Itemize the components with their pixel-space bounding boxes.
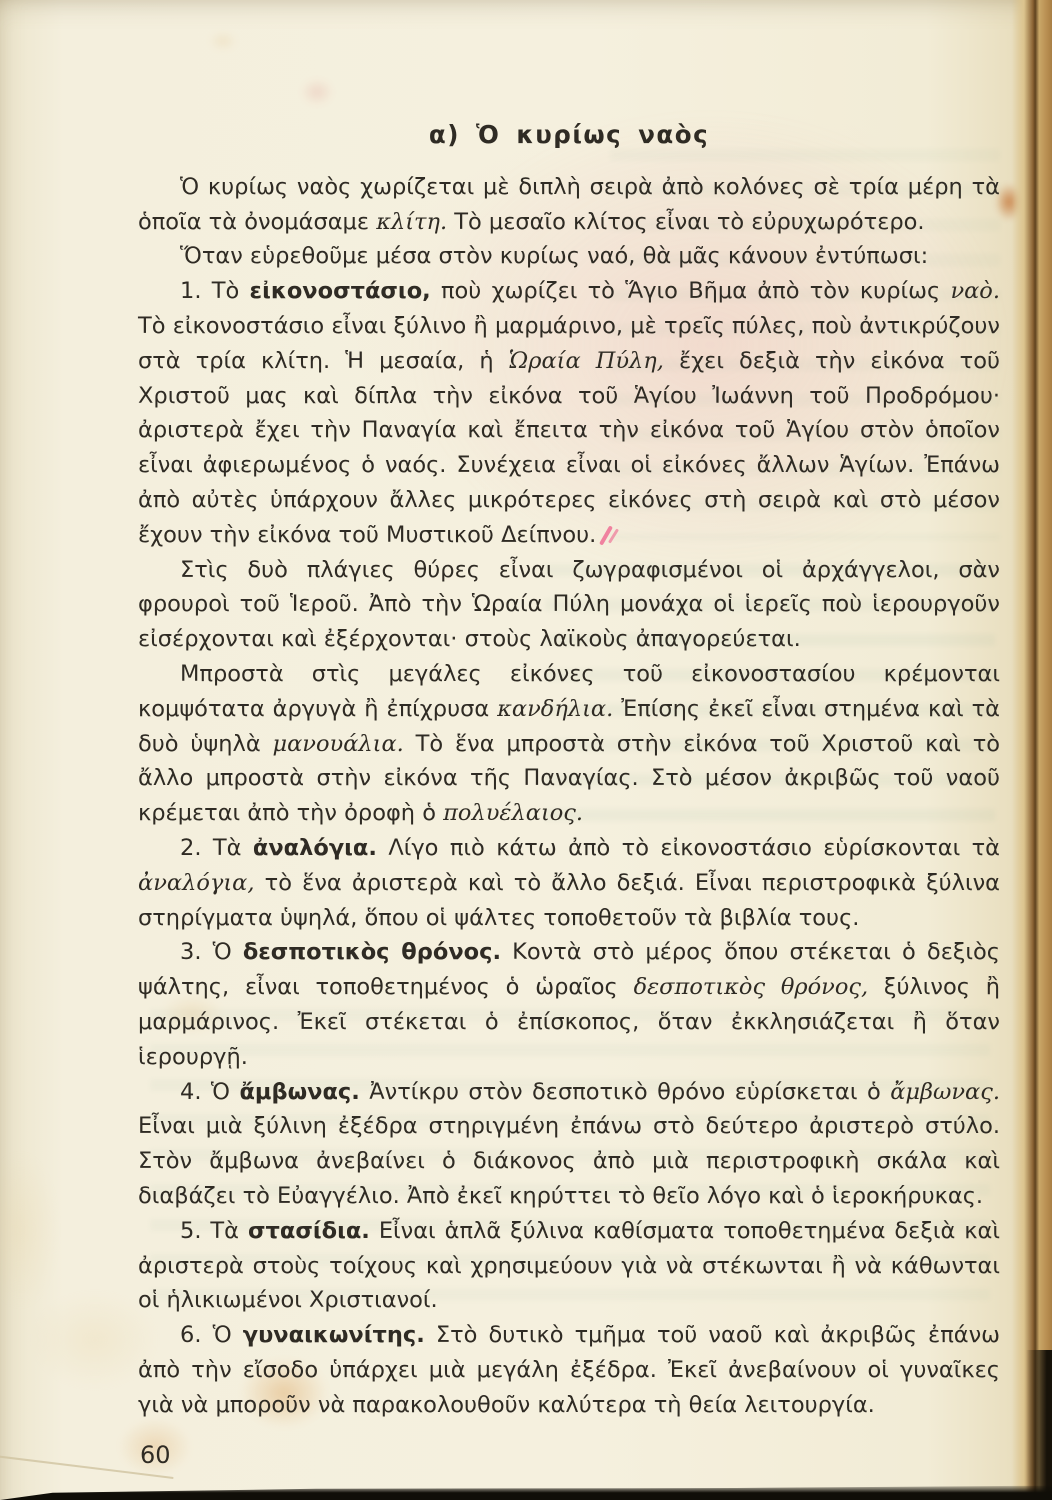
text-run: Ὡραία Πύλη,	[509, 348, 664, 374]
text-run: Τὸ μεσαῖο κλίτος εἶναι τὸ εὐρυχωρότερο.	[447, 209, 924, 235]
paragraph: Ὅταν εὑρεθοῦμε μέσα στὸν κυρίως ναό, θὰ …	[138, 239, 1000, 274]
text-run: μανουάλια.	[272, 731, 403, 757]
paragraph: Στὶς δυὸ πλάγιες θύρες εἶναι ζωγραφισμέν…	[138, 553, 1000, 657]
paragraph: 4. Ὁ ἄμβωνας. Ἀντίκρυ στὸν δεσποτικὸ θρό…	[138, 1075, 1000, 1214]
text-run: ναὸ.	[950, 278, 1000, 304]
text-run: ἔχει δεξιὰ τὴν εἰκόνα τοῦ Χριστοῦ μας κα…	[138, 348, 1000, 548]
text-run: 1. Τὸ	[180, 278, 250, 304]
text-run: ἀναλόγια,	[138, 870, 255, 896]
paragraphs-container: Ὁ κυρίως ναὸς χωρίζεται μὲ διπλὴ σειρὰ ἀ…	[138, 170, 1000, 1423]
page-edge-bottom	[0, 1484, 1052, 1500]
text-run: 2. Τὰ	[180, 835, 253, 861]
page-edge-right	[1012, 0, 1052, 1500]
paragraph: 5. Τὰ στασίδια. Εἶναι ἁπλᾶ ξύλινα καθίσμ…	[138, 1214, 1000, 1318]
text-run: 4. Ὁ	[180, 1079, 239, 1105]
text-run: εἰκονοστάσιο,	[250, 278, 431, 304]
section-heading: α) Ὁ κυρίως ναὸς	[138, 118, 1000, 153]
text-run: ποὺ χωρίζει τὸ Ἅγιο Βῆμα ἀπὸ τὸν κυρίως	[431, 278, 951, 304]
text-block: α) Ὁ κυρίως ναὸς Ὁ κυρίως ναὸς χωρίζεται…	[138, 118, 1000, 1473]
text-run: Στὶς δυὸ πλάγιες θύρες εἶναι ζωγραφισμέν…	[138, 557, 1000, 653]
text-run: ἀναλόγια.	[253, 835, 377, 861]
text-run: Ἀντίκρυ στὸν δεσποτικὸ θρόνο εὑρίσκεται …	[360, 1079, 890, 1105]
paragraph: 3. Ὁ δεσποτικὸς θρόνος. Κοντὰ στὸ μέρος …	[138, 935, 1000, 1074]
text-run: Εἶναι μιὰ ξύλινη ἐξέδρα στηριγμένη ἐπάνω…	[138, 1113, 1000, 1209]
text-run: 6. Ὁ	[180, 1322, 243, 1348]
page-number: 60	[138, 1438, 1000, 1473]
paper-stain	[0, 1150, 60, 1310]
paper-stain	[208, 30, 238, 52]
text-run: 3. Ὁ	[180, 939, 243, 965]
text-run: 5. Τὰ	[180, 1218, 248, 1244]
paragraph: Ὁ κυρίως ναὸς χωρίζεται μὲ διπλὴ σειρὰ ἀ…	[138, 170, 1000, 240]
text-run: κανδήλια.	[497, 696, 613, 722]
book-page: α) Ὁ κυρίως ναὸς Ὁ κυρίως ναὸς χωρίζεται…	[0, 0, 1052, 1500]
text-run: στασίδια.	[248, 1218, 370, 1244]
text-run: Ὅταν εὑρεθοῦμε μέσα στὸν κυρίως ναό, θὰ …	[180, 243, 928, 269]
paragraph: 6. Ὁ γυναικωνίτης. Στὸ δυτικὸ τμῆμα τοῦ …	[138, 1318, 1000, 1422]
paper-stain	[300, 78, 334, 106]
text-run: τὸ ἕνα ἀριστερὰ καὶ τὸ ἄλλο δεξιά. Εἶναι…	[138, 870, 1000, 931]
paragraph: 1. Τὸ εἰκονοστάσιο, ποὺ χωρίζει τὸ Ἅγιο …	[138, 274, 1000, 552]
page-edge-right-shadow	[1026, 1350, 1052, 1500]
scanned-page: α) Ὁ κυρίως ναὸς Ὁ κυρίως ναὸς χωρίζεται…	[0, 0, 1052, 1500]
pen-mark-icon	[596, 527, 622, 545]
text-run: ἄμβωνας.	[239, 1079, 359, 1105]
text-run: δεσποτικὸς θρόνος.	[243, 939, 501, 965]
text-run: ἄμβωνας.	[890, 1079, 1000, 1105]
paragraph: 2. Τὰ ἀναλόγια. Λίγο πιὸ κάτω ἀπὸ τὸ εἰκ…	[138, 831, 1000, 935]
text-run: κλίτη.	[376, 209, 447, 235]
text-run: πολυέλαιος.	[443, 800, 583, 826]
text-run: Λίγο πιὸ κάτω ἀπὸ τὸ εἰκονοστάσιο εὑρίσκ…	[377, 835, 1000, 861]
text-run: δεσποτικὸς θρόνος,	[634, 974, 869, 1000]
text-run: γυναικωνίτης.	[243, 1322, 425, 1348]
paragraph: Μπροστὰ στὶς μεγάλες εἰκόνες τοῦ εἰκονοσ…	[138, 657, 1000, 831]
